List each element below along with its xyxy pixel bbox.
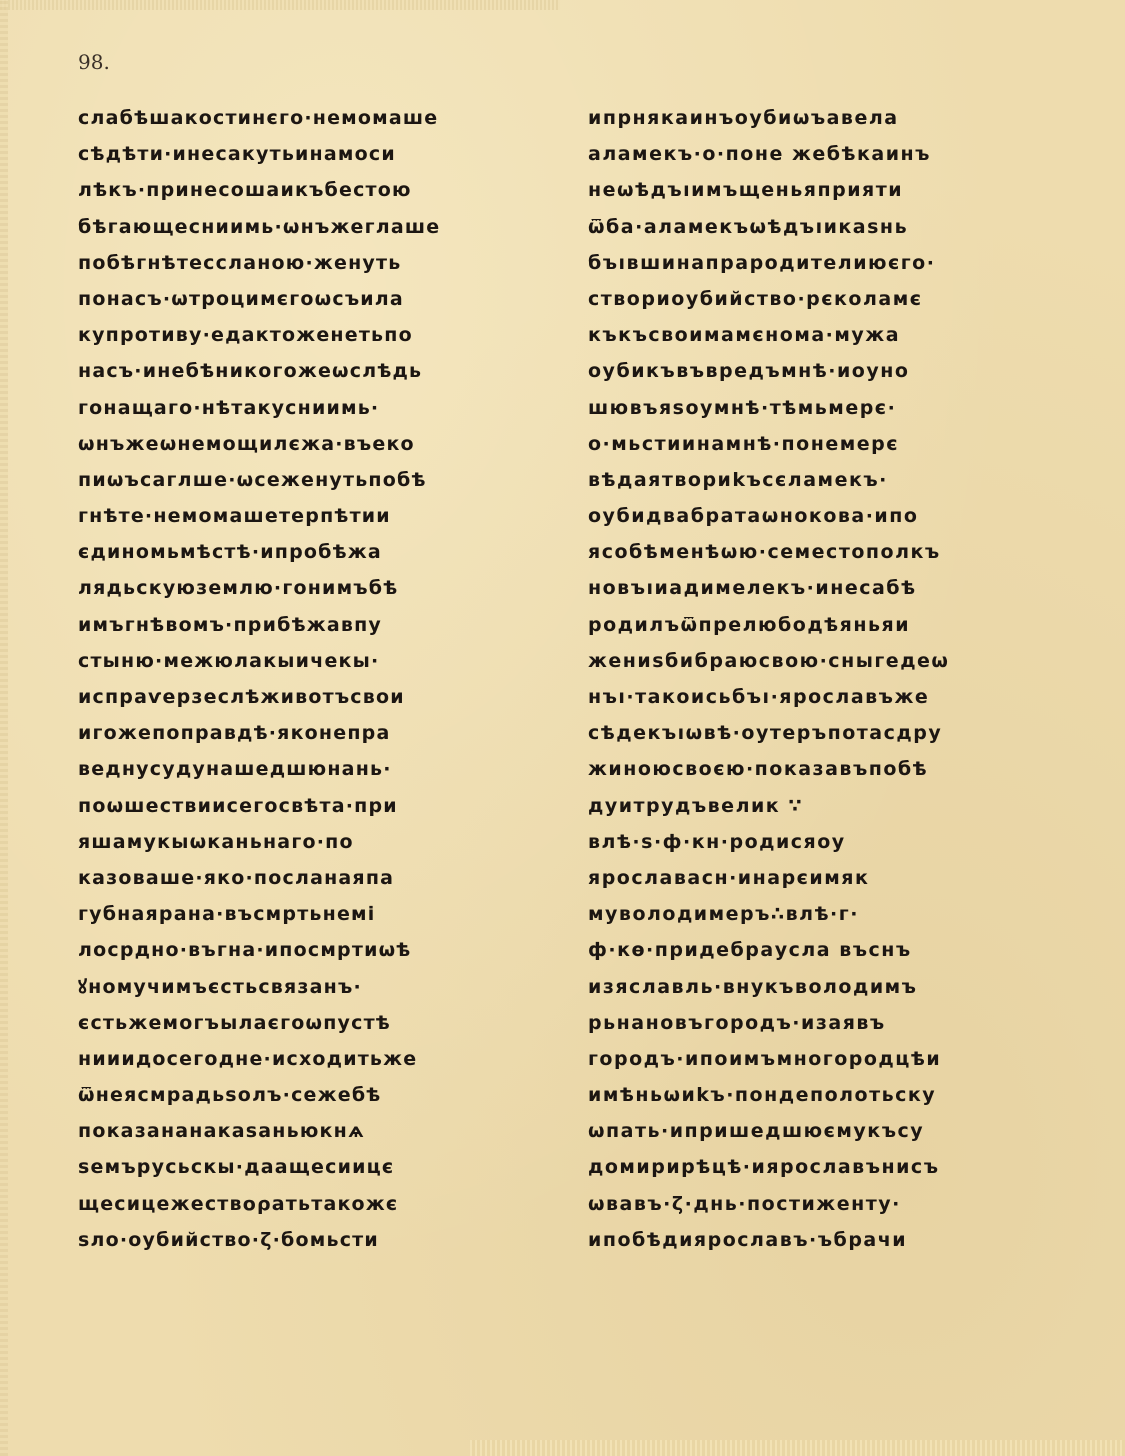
text-line: єдиномьмѣстѣ·ипробѣжа [78, 534, 548, 570]
text-line: гонащаго·нѣтакусниимь· [78, 390, 548, 426]
text-line: ф·кѳ·Придебраусла въснъ [588, 932, 1098, 968]
text-line: испраѵерзеслѣживотъсвои [78, 679, 548, 715]
text-line: къкъсвоимамєнома·мужа [588, 317, 1098, 353]
text-line: сѣдѣти·инесакутьинамоси [78, 136, 548, 172]
text-line: показананакаѕаньюкнѧ [78, 1113, 548, 1149]
left-text-column: слабѣшакостинєго·немомаше сѣдѣти·инесаку… [78, 100, 548, 1258]
text-line: губнаярана·въсмртьнемі [78, 896, 548, 932]
scan-edge-left [0, 0, 8, 1456]
text-line: лядьскуюземлю·гонимъбѣ [78, 570, 548, 606]
text-line: щесицежествορатьтакожє [78, 1186, 548, 1222]
page-number: 98. [78, 50, 110, 74]
text-line: изяславль·внукъволодимъ [588, 969, 1098, 1005]
text-line: купротиву·едактоженетьпо [78, 317, 548, 353]
scan-edge-bottom [470, 1440, 1125, 1456]
text-line: родилъѿпрелюбодѣяньяи [588, 607, 1098, 643]
text-line: ѡнъжеѡнемощилєжа·въеко [78, 426, 548, 462]
text-line: аламекъ·о·Поне жебѣкаинъ [588, 136, 1098, 172]
text-line: ѡвавъ·ζ·днь·Постиженту· [588, 1186, 1098, 1222]
text-line: сѣдекъıѡвѣ·оутеръпотасдру [588, 715, 1098, 751]
text-line: шювъяѕоумнѣ·тѣмьмерє· [588, 390, 1098, 426]
text-line: казоваше·яко·посланаяпа [78, 860, 548, 896]
text-line: поѡшествиисегосвѣта·при [78, 788, 548, 824]
text-line: лосрдно·въгна·ипосмртиѡѣ [78, 932, 548, 968]
text-line: ѡпать·ипришедшюємукъсу [588, 1113, 1098, 1149]
text-line: ѿнеясмрадьѕолъ·сежебѣ [78, 1077, 548, 1113]
text-line: новъıиадимелекъ·инесабѣ [588, 570, 1098, 606]
text-line: ꙋномучимъєстьсвязанъ· [78, 969, 548, 1005]
text-line: слабѣшакостинєго·немомаше [78, 100, 548, 136]
text-line: вѣдаятвориkъсєламекъ· [588, 462, 1098, 498]
text-line: оубикъвъвредъмнѣ·иоуно [588, 353, 1098, 389]
text-line: игожепоправдѣ·яконепра [78, 715, 548, 751]
text-line: о·Мьстиинамнѣ·понемерє [588, 426, 1098, 462]
text-line: влѣ·ѕ·ф·кн·Родисяоу [588, 824, 1098, 860]
text-line: ярославасн·инарєимяк [588, 860, 1098, 896]
manuscript-page: 98. слабѣшакостинєго·немомаше сѣдѣти·ине… [0, 0, 1125, 1456]
text-line: пиѡъсаглше·ѡсеженутьпобѣ [78, 462, 548, 498]
text-line: оубидвабратаѡнокова·ипо [588, 498, 1098, 534]
right-text-column: ипрнякаинъоубиѡъавела аламекъ·о·Поне жеб… [588, 100, 1098, 1258]
text-line: нъı·такоисьбъı·ярославъже [588, 679, 1098, 715]
text-line: рьнановъгородъ·изаявъ [588, 1005, 1098, 1041]
text-line: насъ·инебѣникогожеѡслѣдь [78, 353, 548, 389]
text-line: єстьжемогъылаєгоѡпустѣ [78, 1005, 548, 1041]
text-line: дуитрудъвелик ∵ [588, 788, 1098, 824]
text-line: ѕло·оубийство·ζ·бомьсти [78, 1222, 548, 1258]
text-line: нииидосегодне·исходитьже [78, 1041, 548, 1077]
text-line: веднусудунашедшюнань· [78, 751, 548, 787]
text-line: городъ·ипоимъмногородцѣи [588, 1041, 1098, 1077]
text-line: имѣньѡиkъ·пондеполотьску [588, 1077, 1098, 1113]
text-line: жениѕбибраюсвою·сныгедеѡ [588, 643, 1098, 679]
text-line: бѣгающесниимь·ѡнъжеглаше [78, 209, 548, 245]
text-line: стыню·межюлакыичекы· [78, 643, 548, 679]
text-line: створиоубийство·рєколамє [588, 281, 1098, 317]
text-line: понасъ·ѡтроцимєгоѡсъила [78, 281, 548, 317]
text-line: жиноюсвоєю·показавъпобѣ [588, 751, 1098, 787]
text-line: бъıвшинапрародителиюєго· [588, 245, 1098, 281]
text-line: гнѣте·немомашетерпѣтии [78, 498, 548, 534]
text-line: ипрнякаинъоубиѡъавела [588, 100, 1098, 136]
text-line: ѿба·аламекъѡѣдъıикаѕнь [588, 209, 1098, 245]
text-line: имъгнѣвомъ·прибѣжавпу [78, 607, 548, 643]
scan-edge-top [0, 0, 560, 10]
text-line: неѡѣдъıимъщеньяприяти [588, 172, 1098, 208]
text-line: яшамукыѡканьнаго·по [78, 824, 548, 860]
text-line: ясобѣменѣѡю·семестополкъ [588, 534, 1098, 570]
text-line: домирирѣцѣ·иярославънисъ [588, 1149, 1098, 1185]
text-line: лѣкъ·принесошаикъбестою [78, 172, 548, 208]
text-line: муволодимеръ∴влѣ·г· [588, 896, 1098, 932]
text-line: ипобѣдиярославъ·ъбрачи [588, 1222, 1098, 1258]
text-line: ѕемърусьскы·даащесиицє [78, 1149, 548, 1185]
text-line: побѣгнѣтессланою·женуть [78, 245, 548, 281]
